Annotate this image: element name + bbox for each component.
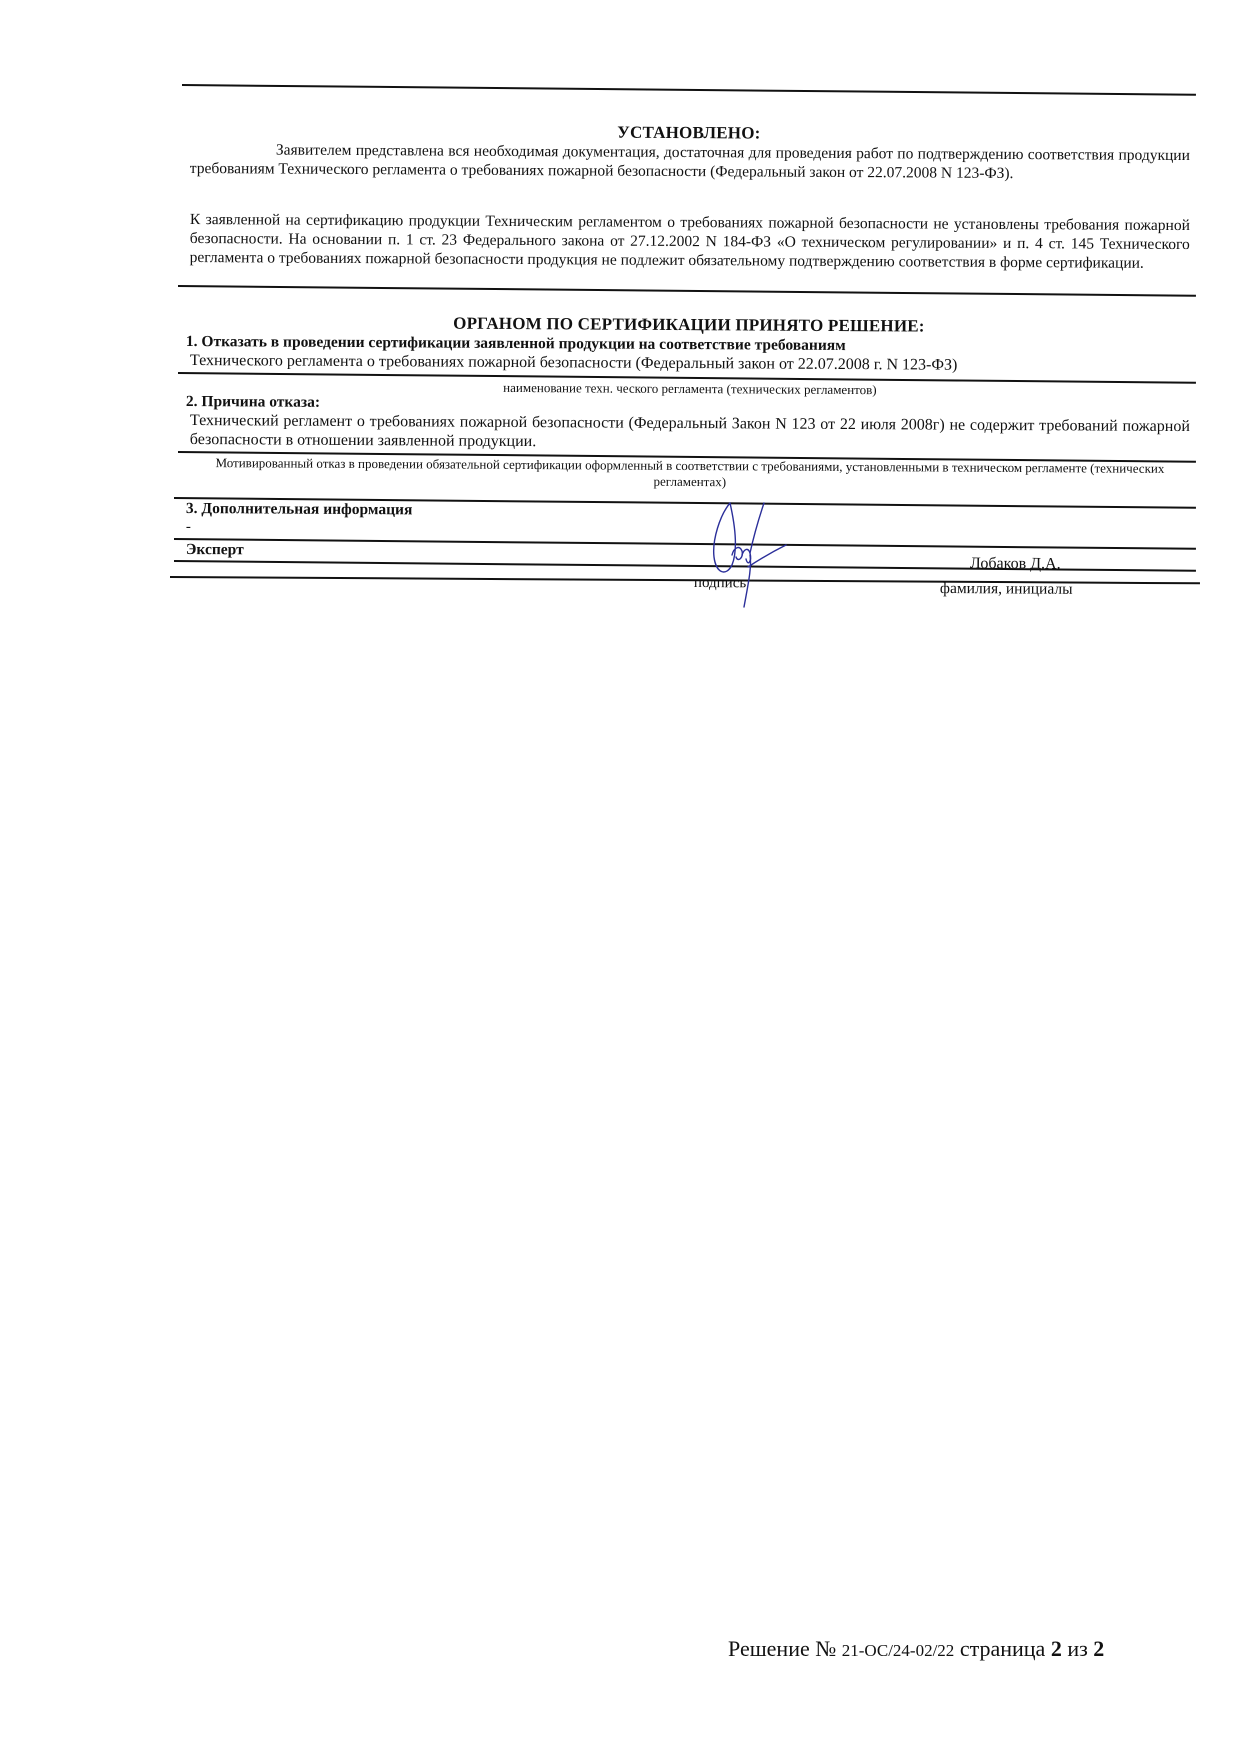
name-caption: фамилия, инициалы	[940, 580, 1140, 599]
top-rule	[182, 84, 1196, 96]
established-paragraph-2: К заявленной на сертификацию продукции Т…	[190, 210, 1190, 273]
item-2-caption: Мотивированный отказ в проведении обязат…	[200, 455, 1180, 493]
signoff-role: Эксперт	[186, 541, 386, 560]
decision-item-2-value: Технический регламент о требованиях пожа…	[190, 411, 1190, 455]
established-paragraph-1: Заявителем представлена вся необходимая …	[190, 140, 1190, 184]
decision-number: 21-ОС/24-02/22	[842, 1641, 955, 1660]
established-bottom-rule	[178, 285, 1196, 297]
decision-item-3-value: -	[186, 519, 226, 536]
indent	[190, 154, 276, 155]
established-paragraph-1-text: Заявителем представлена вся необходимая …	[190, 142, 1190, 183]
signature-mark	[690, 495, 800, 610]
page-total: 2	[1093, 1636, 1104, 1661]
footer-of: из	[1067, 1636, 1087, 1661]
document-page: УСТАНОВЛЕНО: Заявителем представлена вся…	[0, 0, 1240, 1754]
footer-prefix: Решение №	[728, 1636, 836, 1661]
footer-page-word: страница	[960, 1636, 1046, 1661]
signoff-name: Лобаков Д.А.	[970, 555, 1170, 574]
page-current: 2	[1051, 1636, 1062, 1661]
page-footer: Решение № 21-ОС/24-02/22 страница 2 из 2	[728, 1636, 1188, 1662]
